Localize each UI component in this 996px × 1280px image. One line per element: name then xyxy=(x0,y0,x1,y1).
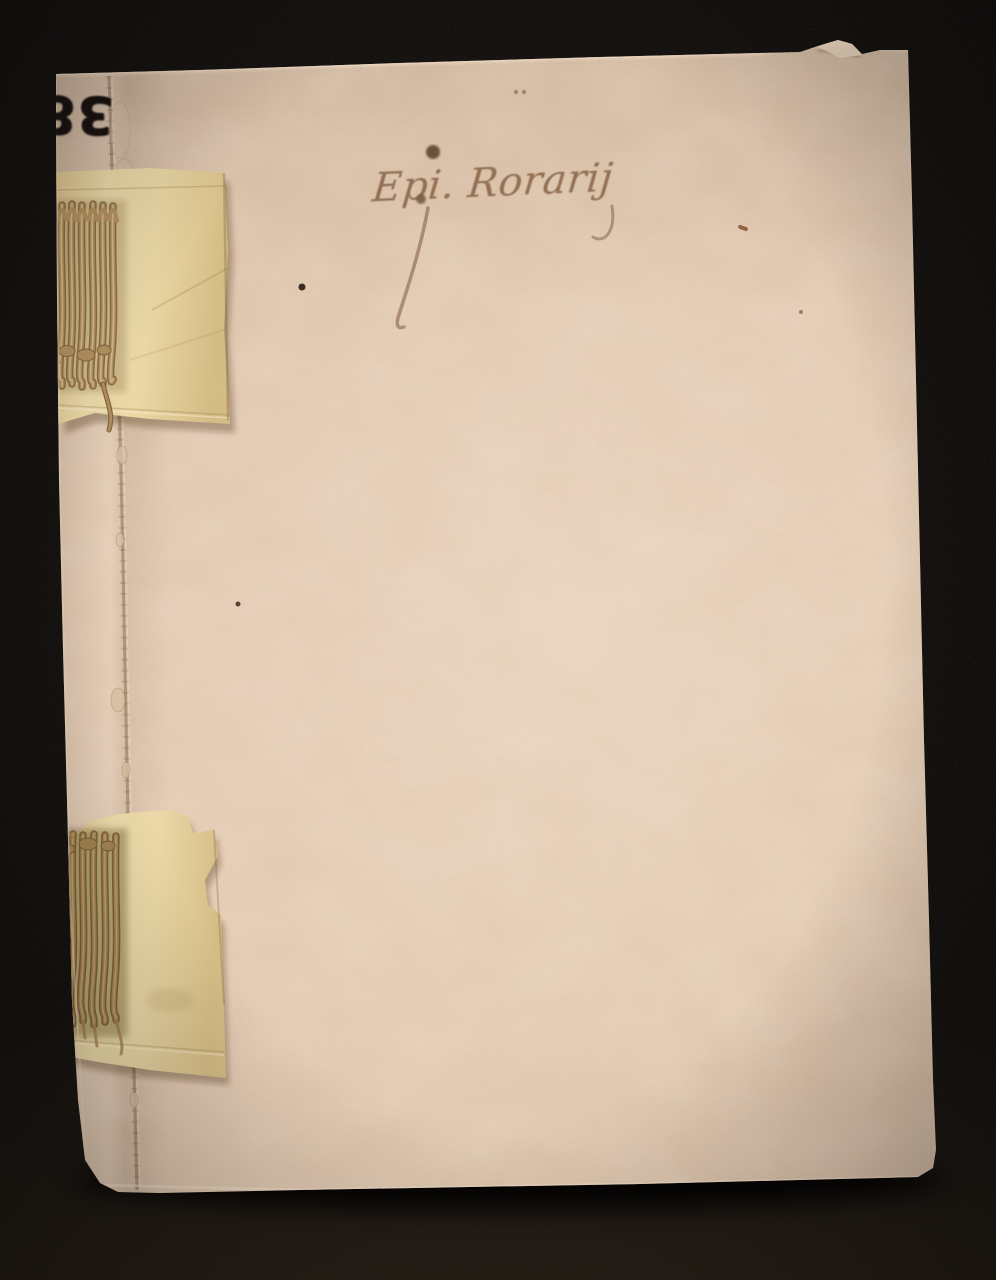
book-front-cover: 38 Epi. Rorarij xyxy=(0,0,996,1280)
cover-inscription: Epi. Rorarij xyxy=(368,135,666,238)
photograph: 38 Epi. Rorarij xyxy=(0,0,996,1280)
cover-specks xyxy=(236,224,804,606)
